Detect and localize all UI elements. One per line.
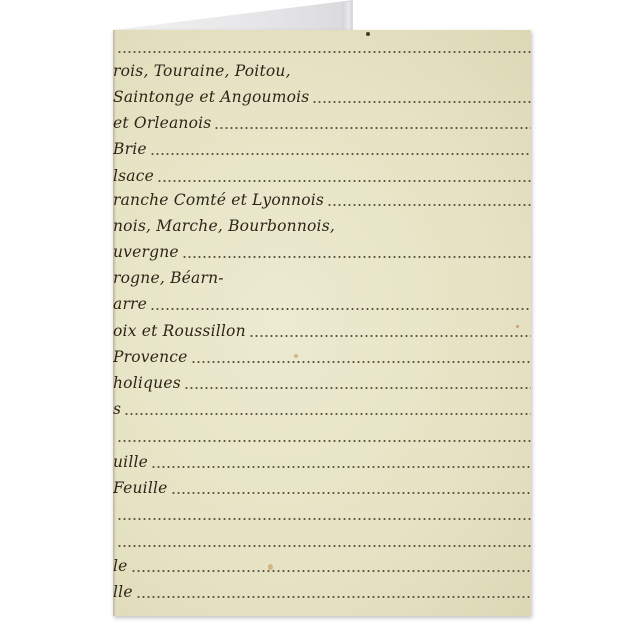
dotted-leader [150, 153, 531, 155]
index-row-label: Feuille [113, 479, 168, 497]
index-row: nois, Marche, Bourbonnois, [113, 213, 531, 235]
index-row-label: s [113, 400, 121, 418]
index-row-label: uille [113, 453, 148, 471]
index-row [113, 423, 531, 445]
index-row: Saintonge et Angoumois [113, 84, 531, 106]
index-row-label: Provence [113, 348, 188, 366]
index-row: arre [113, 291, 531, 313]
index-row: ranche Comté et Lyonnois [113, 187, 531, 209]
dotted-leader [131, 570, 531, 572]
index-row-label: rogne, Béarn- [113, 269, 224, 287]
index-row: le [113, 553, 531, 575]
dotted-leader [157, 180, 531, 182]
card-back-flap [113, 0, 353, 34]
index-row: uille [113, 449, 531, 471]
index-row-label: nois, Marche, Bourbonnois, [113, 217, 335, 235]
dotted-leader [191, 361, 531, 363]
index-row: rogne, Béarn- [113, 265, 531, 287]
dotted-leader [182, 256, 531, 258]
index-row [113, 528, 531, 550]
index-row-label: oix et Roussillon [113, 322, 246, 340]
card-back-flap-edge [342, 2, 350, 32]
index-row-label: lsace [113, 167, 154, 185]
index-row: Provence [113, 344, 531, 366]
greeting-card-front: rois, Touraine, Poitou,Saintonge et Ango… [113, 30, 531, 616]
index-row: lle [113, 579, 531, 601]
dotted-leader [117, 545, 531, 547]
index-row: uvergne [113, 239, 531, 261]
index-row: lsace [113, 163, 531, 185]
dotted-leader [117, 440, 531, 442]
dotted-leader [327, 204, 531, 206]
index-row-label: arre [113, 295, 147, 313]
index-row: et Orleanois [113, 110, 531, 132]
dotted-leader [117, 518, 531, 520]
index-row-label: rois, Touraine, Poitou, [113, 62, 291, 80]
index-row-label: lle [113, 583, 133, 601]
dotted-leader [184, 387, 531, 389]
index-row: holiques [113, 370, 531, 392]
dotted-leader [117, 51, 531, 53]
index-row: Brie [113, 136, 531, 158]
index-row: rois, Touraine, Poitou, [113, 58, 531, 80]
index-row [113, 34, 531, 56]
index-row: s [113, 396, 531, 418]
index-row-label: ranche Comté et Lyonnois [113, 191, 324, 209]
index-row-label: Brie [113, 140, 147, 158]
dotted-leader [312, 101, 531, 103]
index-row: oix et Roussillon [113, 318, 531, 340]
index-row-label: Saintonge et Angoumois [113, 88, 309, 106]
index-row-label: le [113, 557, 128, 575]
index-row-label: holiques [113, 374, 181, 392]
index-row [113, 501, 531, 523]
dotted-leader [171, 492, 531, 494]
index-row: Feuille [113, 475, 531, 497]
dotted-leader [124, 413, 531, 415]
dotted-leader [136, 596, 531, 598]
index-row-label: uvergne [113, 243, 179, 261]
dotted-leader [214, 127, 531, 129]
dotted-leader [151, 466, 531, 468]
dotted-leader [150, 308, 531, 310]
index-row-label: et Orleanois [113, 114, 211, 132]
dotted-leader [249, 335, 531, 337]
